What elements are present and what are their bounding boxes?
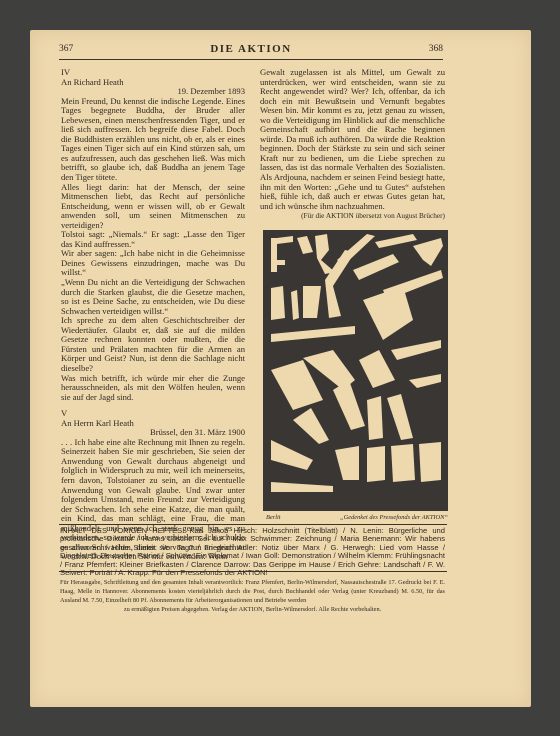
paragraph: Mein Freund, Du kennst die indische Lege… — [61, 97, 245, 183]
paragraph: „Wenn Du nicht an die Verteidigung der S… — [61, 278, 245, 316]
header-rule — [59, 59, 443, 60]
paragraph: Wir aber sagen: „Ich habe nicht in die G… — [61, 249, 245, 278]
left-column: IV An Richard Heath 19. Dezember 1893 Me… — [61, 68, 245, 562]
running-head: 367 DIE AKTION 368 — [59, 44, 443, 58]
imprint-last-line: zu ermäßigten Preisen abgegeben. Verlag … — [60, 606, 445, 615]
paragraph-continued: Gewalt zugelassen ist als Mittel, um Gew… — [260, 68, 445, 211]
previous-issue-contents: INHALT DES VORIGEN HEFTES: Karl Jakob Hi… — [60, 527, 445, 577]
right-column: Gewalt zugelassen ist als Mittel, um Gew… — [260, 68, 445, 221]
imprint-rule — [59, 571, 447, 572]
woodcut-lettering-graphic — [263, 230, 448, 511]
imprint: Für Herausgabe, Schriftleitung und den g… — [60, 579, 445, 615]
woodcut-title-caption: „Gedenket des Pressefonds der AKTION“ — [323, 514, 448, 521]
paragraph: Ich spreche zu dem alten Geschichtschrei… — [61, 316, 245, 373]
imprint-text: Für Herausgabe, Schriftleitung und den g… — [60, 579, 445, 606]
paragraph: Tolstoi sagt: „Niemals.“ Er sagt: „Lasse… — [61, 230, 245, 249]
woodcut-artist-caption: Berlit — [266, 514, 281, 521]
paragraph: Alles liegt darin: hat der Mensch, der s… — [61, 183, 245, 231]
contents-top-rule — [59, 524, 447, 525]
translator-credit: (Für die AKTION übersetzt von August Brü… — [260, 211, 445, 221]
page-number-right: 368 — [429, 44, 443, 54]
journal-title: DIE AKTION — [59, 43, 443, 55]
woodcut-illustration — [263, 230, 448, 511]
paragraph: Was mich betrifft, ich würde mir eher di… — [61, 374, 245, 403]
